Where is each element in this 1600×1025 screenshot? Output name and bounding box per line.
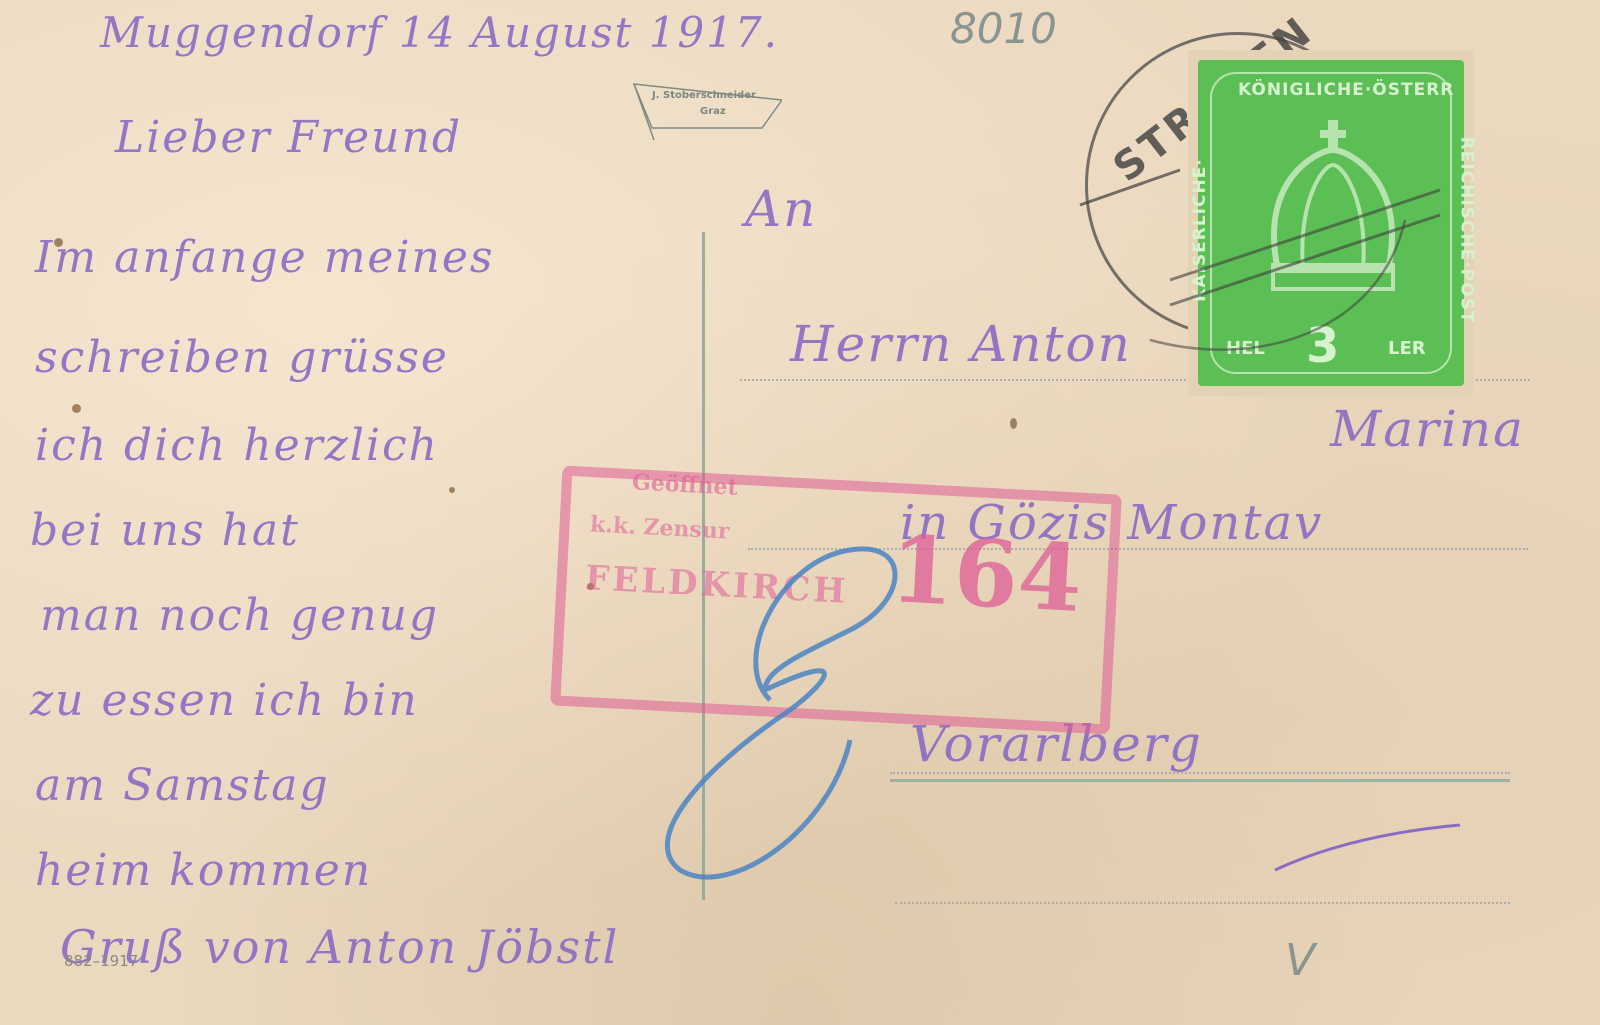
print-number: 882–1917: [64, 952, 138, 970]
publisher-name: J. Stoberschneider: [652, 90, 756, 101]
publisher-city: Graz: [700, 106, 726, 117]
address-salutation: An: [745, 180, 817, 238]
foxing-spot: [1010, 418, 1017, 429]
header-date-line: Muggendorf 14 August 1917.: [100, 8, 779, 57]
message-line: heim kommen: [35, 845, 372, 896]
message-line: man noch genug: [40, 590, 439, 641]
message-line: am Samstag: [35, 760, 330, 811]
foxing-spot: [72, 404, 81, 413]
pencil-bottom-mark: V: [1285, 935, 1315, 986]
blue-pencil-mark: [640, 540, 940, 900]
postmark-cancel-lines: [1060, 30, 1480, 370]
message-line: Lieber Freund: [115, 112, 462, 163]
address-underline: [890, 779, 1510, 782]
postcard: Muggendorf 14 August 1917. 8010 J. Stobe…: [0, 0, 1600, 1025]
message-line: bei uns hat: [30, 505, 300, 556]
message-line: zu essen ich bin: [30, 675, 419, 726]
foxing-spot: [449, 487, 455, 493]
pencil-number: 8010: [950, 4, 1057, 53]
address-line-2: Marina: [1330, 400, 1525, 458]
message-line: schreiben grüsse: [35, 332, 449, 383]
message-line: Im anfange meines: [35, 232, 495, 283]
signature-line: Gruß von Anton Jöbstl: [60, 920, 619, 974]
underline-flourish: [1270, 820, 1470, 880]
message-line: ich dich herzlich: [35, 420, 439, 471]
censor-stamp-line1: Geöffnet: [631, 469, 738, 500]
publisher-imprint: J. Stoberschneider Graz: [632, 82, 782, 132]
address-line: [895, 902, 1510, 904]
